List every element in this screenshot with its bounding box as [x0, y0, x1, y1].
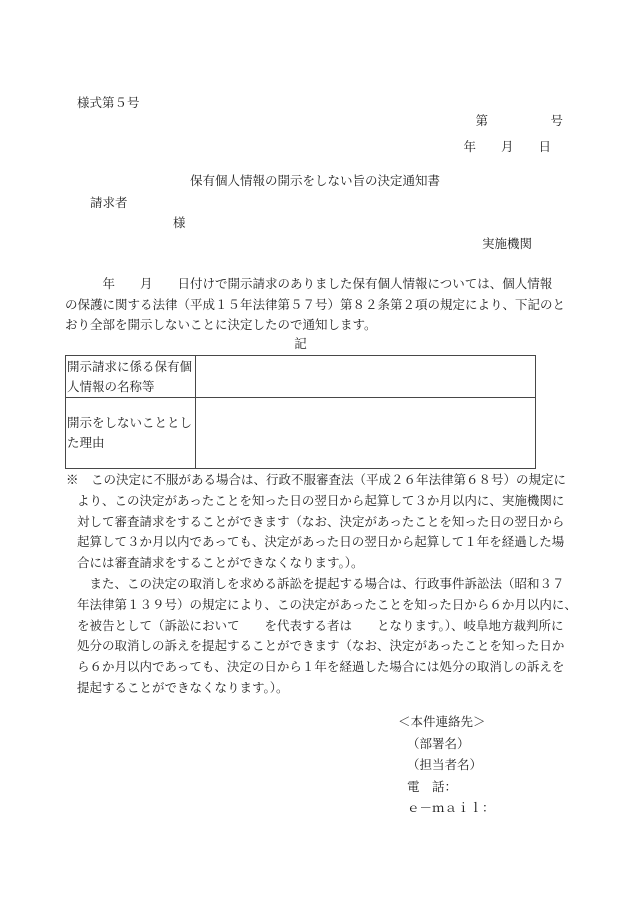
row-header-info-name: 開示請求に係る保有個 人情報の名称等	[66, 356, 196, 397]
note-line: ら６か月以内であっても、決定の日から１年を経過した場合には処分の取消しの訴えを	[66, 657, 576, 678]
ki-heading: 記	[65, 337, 536, 352]
note-line: より、この決定があったことを知った日の翌日から起算して３か月以内に、実施機関に	[66, 491, 576, 512]
contact-person-label: （担当者名）	[398, 755, 495, 777]
note-line: 提起することができなくなります。）。	[66, 678, 576, 699]
page: 様式第５号 第 号 年 月 日 保有個人情報の開示をしない旨の決定通知書 請求者…	[0, 0, 630, 903]
requester-label: 請求者	[90, 196, 128, 211]
disclosure-table: 開示請求に係る保有個 人情報の名称等 開示をしないこととし た理由	[65, 355, 536, 469]
note-line: を被告として（訴訟において を代表する者は となります。）、岐阜地方裁判所に	[66, 616, 576, 637]
table-row-reason: 開示をしないこととし た理由	[66, 397, 535, 468]
note-line: また、この決定の取消しを求める訴訟を提起する場合は、行政事件訴訟法（昭和３７	[66, 574, 576, 595]
cell-reason-value	[196, 398, 535, 468]
row-header-line: た理由	[67, 433, 195, 453]
honorific-label: 様	[173, 216, 186, 231]
contact-department-label: （部署名）	[398, 734, 495, 756]
remark-note: ※ この決定に不服がある場合は、行政不服審査法（平成２６年法律第６８号）の規定に…	[66, 470, 576, 699]
note-line: 起算して３か月以内であっても、決定があった日の翌日から起算して１年を経過した場	[66, 532, 576, 553]
document-number-line: 第 号	[475, 114, 563, 129]
note-line: ※ この決定に不服がある場合は、行政不服審査法（平成２６年法律第６８号）の規定に	[66, 470, 576, 491]
body-paragraph: 年 月 日付けで開示請求のありました保有個人情報については、個人情報 の保護に関…	[65, 274, 570, 336]
document-title: 保有個人情報の開示をしない旨の決定通知書	[0, 174, 630, 189]
note-line: 合には審査請求をすることができなくなります。）。	[66, 553, 576, 574]
cell-info-name-value	[196, 356, 535, 397]
body-line: の保護に関する法律（平成１５年法律第５７号）第８２条第２項の規定により、下記のと	[65, 295, 570, 316]
table-row-name: 開示請求に係る保有個 人情報の名称等	[66, 356, 535, 397]
issue-date-line: 年 月 日	[463, 140, 551, 155]
issuing-agency-label: 実施機関	[482, 237, 532, 252]
row-header-line: 開示をしないこととし	[67, 413, 195, 433]
note-line: 年法律第１３９号）の規定により、この決定があったことを知った日から６か月以内に、	[66, 595, 576, 616]
row-header-line: 人情報の名称等	[67, 377, 195, 397]
contact-heading: ＜本件連絡先＞	[398, 712, 495, 734]
row-header-reason: 開示をしないこととし た理由	[66, 398, 196, 468]
contact-email-label: ｅ－ｍａｉｌ：	[398, 798, 495, 820]
body-line: 年 月 日付けで開示請求のありました保有個人情報については、個人情報	[65, 274, 570, 295]
contact-phone-label: 電 話：	[398, 777, 495, 799]
contact-block: ＜本件連絡先＞ （部署名） （担当者名） 電 話： ｅ－ｍａｉｌ：	[398, 712, 495, 820]
note-line: 対して審査請求をすることができます（なお、決定があったことを知った日の翌日から	[66, 512, 576, 533]
row-header-line: 開示請求に係る保有個	[67, 357, 195, 377]
body-line: おり全部を開示しないことに決定したので通知します。	[65, 315, 570, 336]
note-line: 処分の取消しの訴えを提起することができます（なお、決定があったことを知った日か	[66, 636, 576, 657]
form-number-label: 様式第５号	[77, 96, 140, 111]
